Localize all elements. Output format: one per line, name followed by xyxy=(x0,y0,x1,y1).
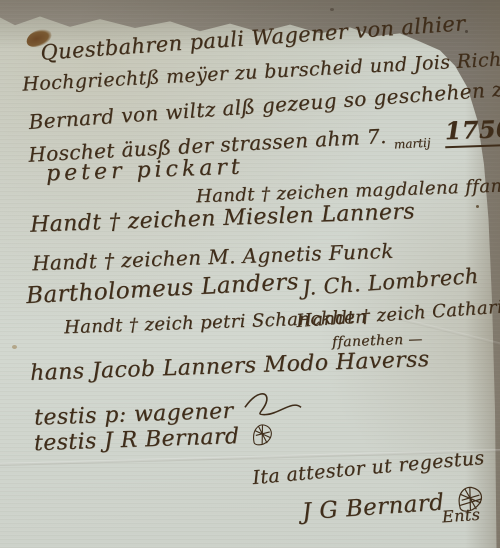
line-text: J G Bernard xyxy=(301,490,445,526)
paper-speck xyxy=(476,205,479,208)
month-label: martij xyxy=(393,136,430,152)
line-text: testis J R Bernard xyxy=(34,424,240,456)
text-line-19-ents: Ents xyxy=(441,505,480,527)
paper-speck xyxy=(12,345,17,349)
line-text: Ents xyxy=(441,505,480,527)
signature-flourish-icon xyxy=(242,387,303,425)
paper-speck xyxy=(330,8,334,11)
year-1750: 1750 xyxy=(444,114,500,148)
manuscript-photo: Questbahren pauli Wagener von alhier Hoc… xyxy=(0,0,500,548)
seal-flourish-icon xyxy=(250,422,275,455)
